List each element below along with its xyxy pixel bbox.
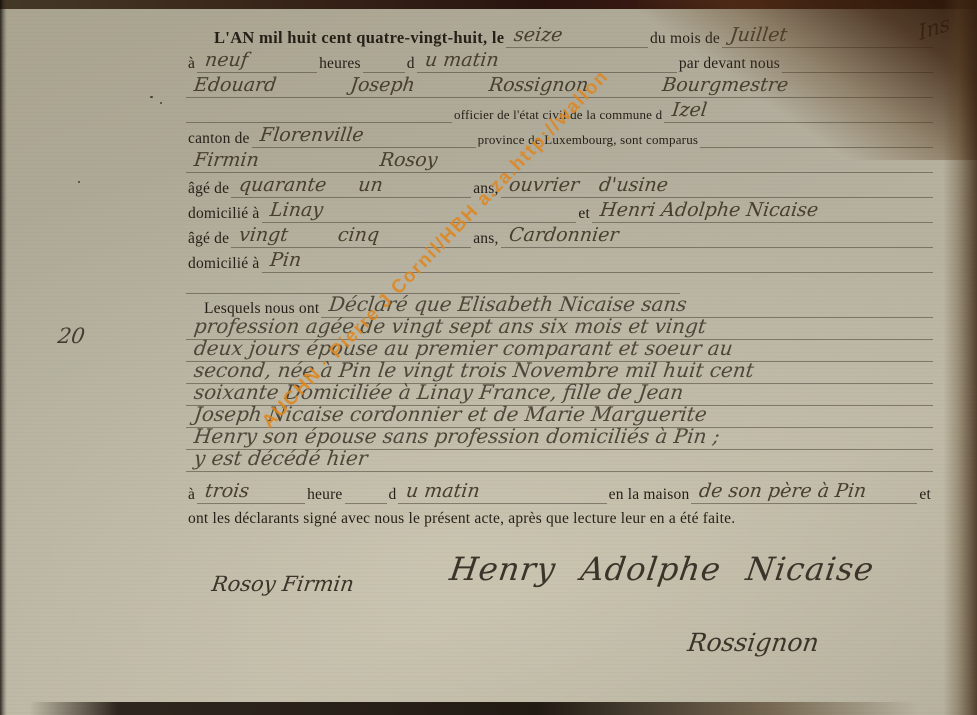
hw-occupation-2: Cardonnier [507,226,619,246]
hw-officer-name: Edouard Joseph Rossignon Bourgmestre [193,76,790,96]
row-time: à neuf heures d u matin par devant nous [186,47,933,73]
row-domicile1-name2: domicilié à Linay et Henri Adolphe Nicai… [186,197,933,223]
row-officer-title: officier de l'état civil de la commune d… [186,97,933,123]
printed-ans-2: ans, [471,230,500,248]
fill-occupation-2: Cardonnier [501,226,933,248]
hw-house: de son père à Pin [698,482,868,502]
hw-commune: Izel [671,101,708,121]
printed-province: province de Luxembourg, sont comparus [476,132,701,148]
row-closing-final: ont les déclarants signé avec nous le pr… [186,502,933,528]
hw-occupation-1: ouvrier d'usine [507,176,668,196]
fill-hour: neuf [197,51,317,73]
printed-et: et [576,205,592,223]
fill-closing-time-of-day: u matin [398,482,606,504]
printed-final-line: ont les déclarants signé avec nous le pr… [186,510,737,528]
printed-officer-title: officier de l'état civil de la commune d [452,107,664,123]
hw-time-of-day: u matin [423,51,499,71]
hw-declaration-7: y est décédé hier [193,448,369,469]
printed-year: L'AN mil huit cent quatre-vingt-huit, le [212,28,506,48]
ink-speck [160,102,162,104]
printed-age-label-1: âgé de [186,180,231,198]
page-top-edge [0,0,977,9]
hw-closing-time-of-day: u matin [405,482,481,502]
printed-age-label-2: âgé de [186,230,231,248]
hw-canton: Florenville [258,126,364,146]
signature-officer: Rossignon [686,628,821,657]
fill-day: seize [506,26,648,48]
printed-domicile-label-1: domicilié à [186,205,262,223]
fill-declarant1-name: Firmin Rosoy [186,151,933,173]
hw-declarant2-name: Henri Adolphe Nicaise [599,201,820,221]
fill-declarant2-name: Henri Adolphe Nicaise [592,201,933,223]
hw-declaration-1: profession agée de vingt sept ans six mo… [193,316,708,337]
hw-month: Juillet [729,26,788,46]
fill-occupation-1: ouvrier d'usine [501,176,933,198]
hw-age-2: vingt cinq [238,226,380,246]
hw-declaration-3: second, née à Pin le vingt trois Novembr… [193,360,755,381]
printed-month-label: du mois de [648,30,722,48]
fill-time-of-day: u matin [417,51,677,73]
page-right-edge [943,0,977,715]
hw-hour: neuf [204,51,249,71]
fill-age-1: quarante un [231,176,471,198]
hw-age-1: quarante un [238,176,384,196]
fill-month: Juillet [722,26,933,48]
row-declarant1-age: âgé de quarante un ans, ouvrier d'usine [186,172,933,198]
printed-at: à [186,55,197,73]
hw-domicile-1: Linay [268,201,323,221]
page-left-edge [0,0,7,715]
fill-officer-name: Edouard Joseph Rossignon Bourgmestre [186,76,933,98]
row-closing-time: à trois heure d u matin en la maison de … [186,478,933,504]
hw-closing-hour: trois [204,482,250,502]
printed-d: d [405,55,417,73]
printed-hours: heures [317,55,363,73]
fill-closing-hour: trois [197,482,305,504]
hw-day: seize [513,26,564,46]
hw-declaration-5: Joseph Nicaise cordonnier et de Marie Ma… [193,404,708,425]
hw-declaration-4: soixante Domiciliée à Linay France, fill… [193,382,685,403]
fill-age-2: vingt cinq [231,226,471,248]
fill-declaration-7: y est décédé hier [186,448,933,472]
fill-house: de son père à Pin [691,482,917,504]
row-blank-rule [186,268,933,294]
row-declarant2-age: âgé de vingt cinq ans, Cardonnier [186,222,933,248]
printed-ans-1: ans, [471,180,500,198]
civil-register-page: Ins 20 L'AN mil huit cent quatre-vingt-h… [0,0,977,715]
row-canton: canton de Florenville province de Luxemb… [186,122,933,148]
signature-declarant1: Rosoy Firmin [210,572,355,596]
row-date: L'AN mil huit cent quatre-vingt-huit, le… [186,22,933,48]
hw-declarant1-name: Firmin Rosoy [193,151,439,171]
row-declarant1-name: Firmin Rosoy [186,147,933,173]
hw-declaration-6: Henry son épouse sans profession domicil… [193,426,721,447]
row-declaration-7: y est décédé hier [186,446,933,472]
act-number: 20 [56,324,86,348]
fill-commune: Izel [664,101,933,123]
printed-canton-label: canton de [186,130,252,148]
ink-speck [150,96,153,98]
fill-domicile-1: Linay [262,201,577,223]
row-officer-name: Edouard Joseph Rossignon Bourgmestre [186,72,933,98]
hw-declaration-0: Déclaré que Elisabeth Nicaise sans [328,294,688,315]
fill-canton: Florenville [252,126,476,148]
signature-declarant2: Henry Adolphe Nicaise [447,550,876,588]
hw-declaration-2: deux jours épouse au premier comparant e… [193,338,734,359]
ink-speck [78,181,80,183]
printed-before-us: par devant nous [677,55,782,73]
page-bottom-edge [0,702,977,715]
